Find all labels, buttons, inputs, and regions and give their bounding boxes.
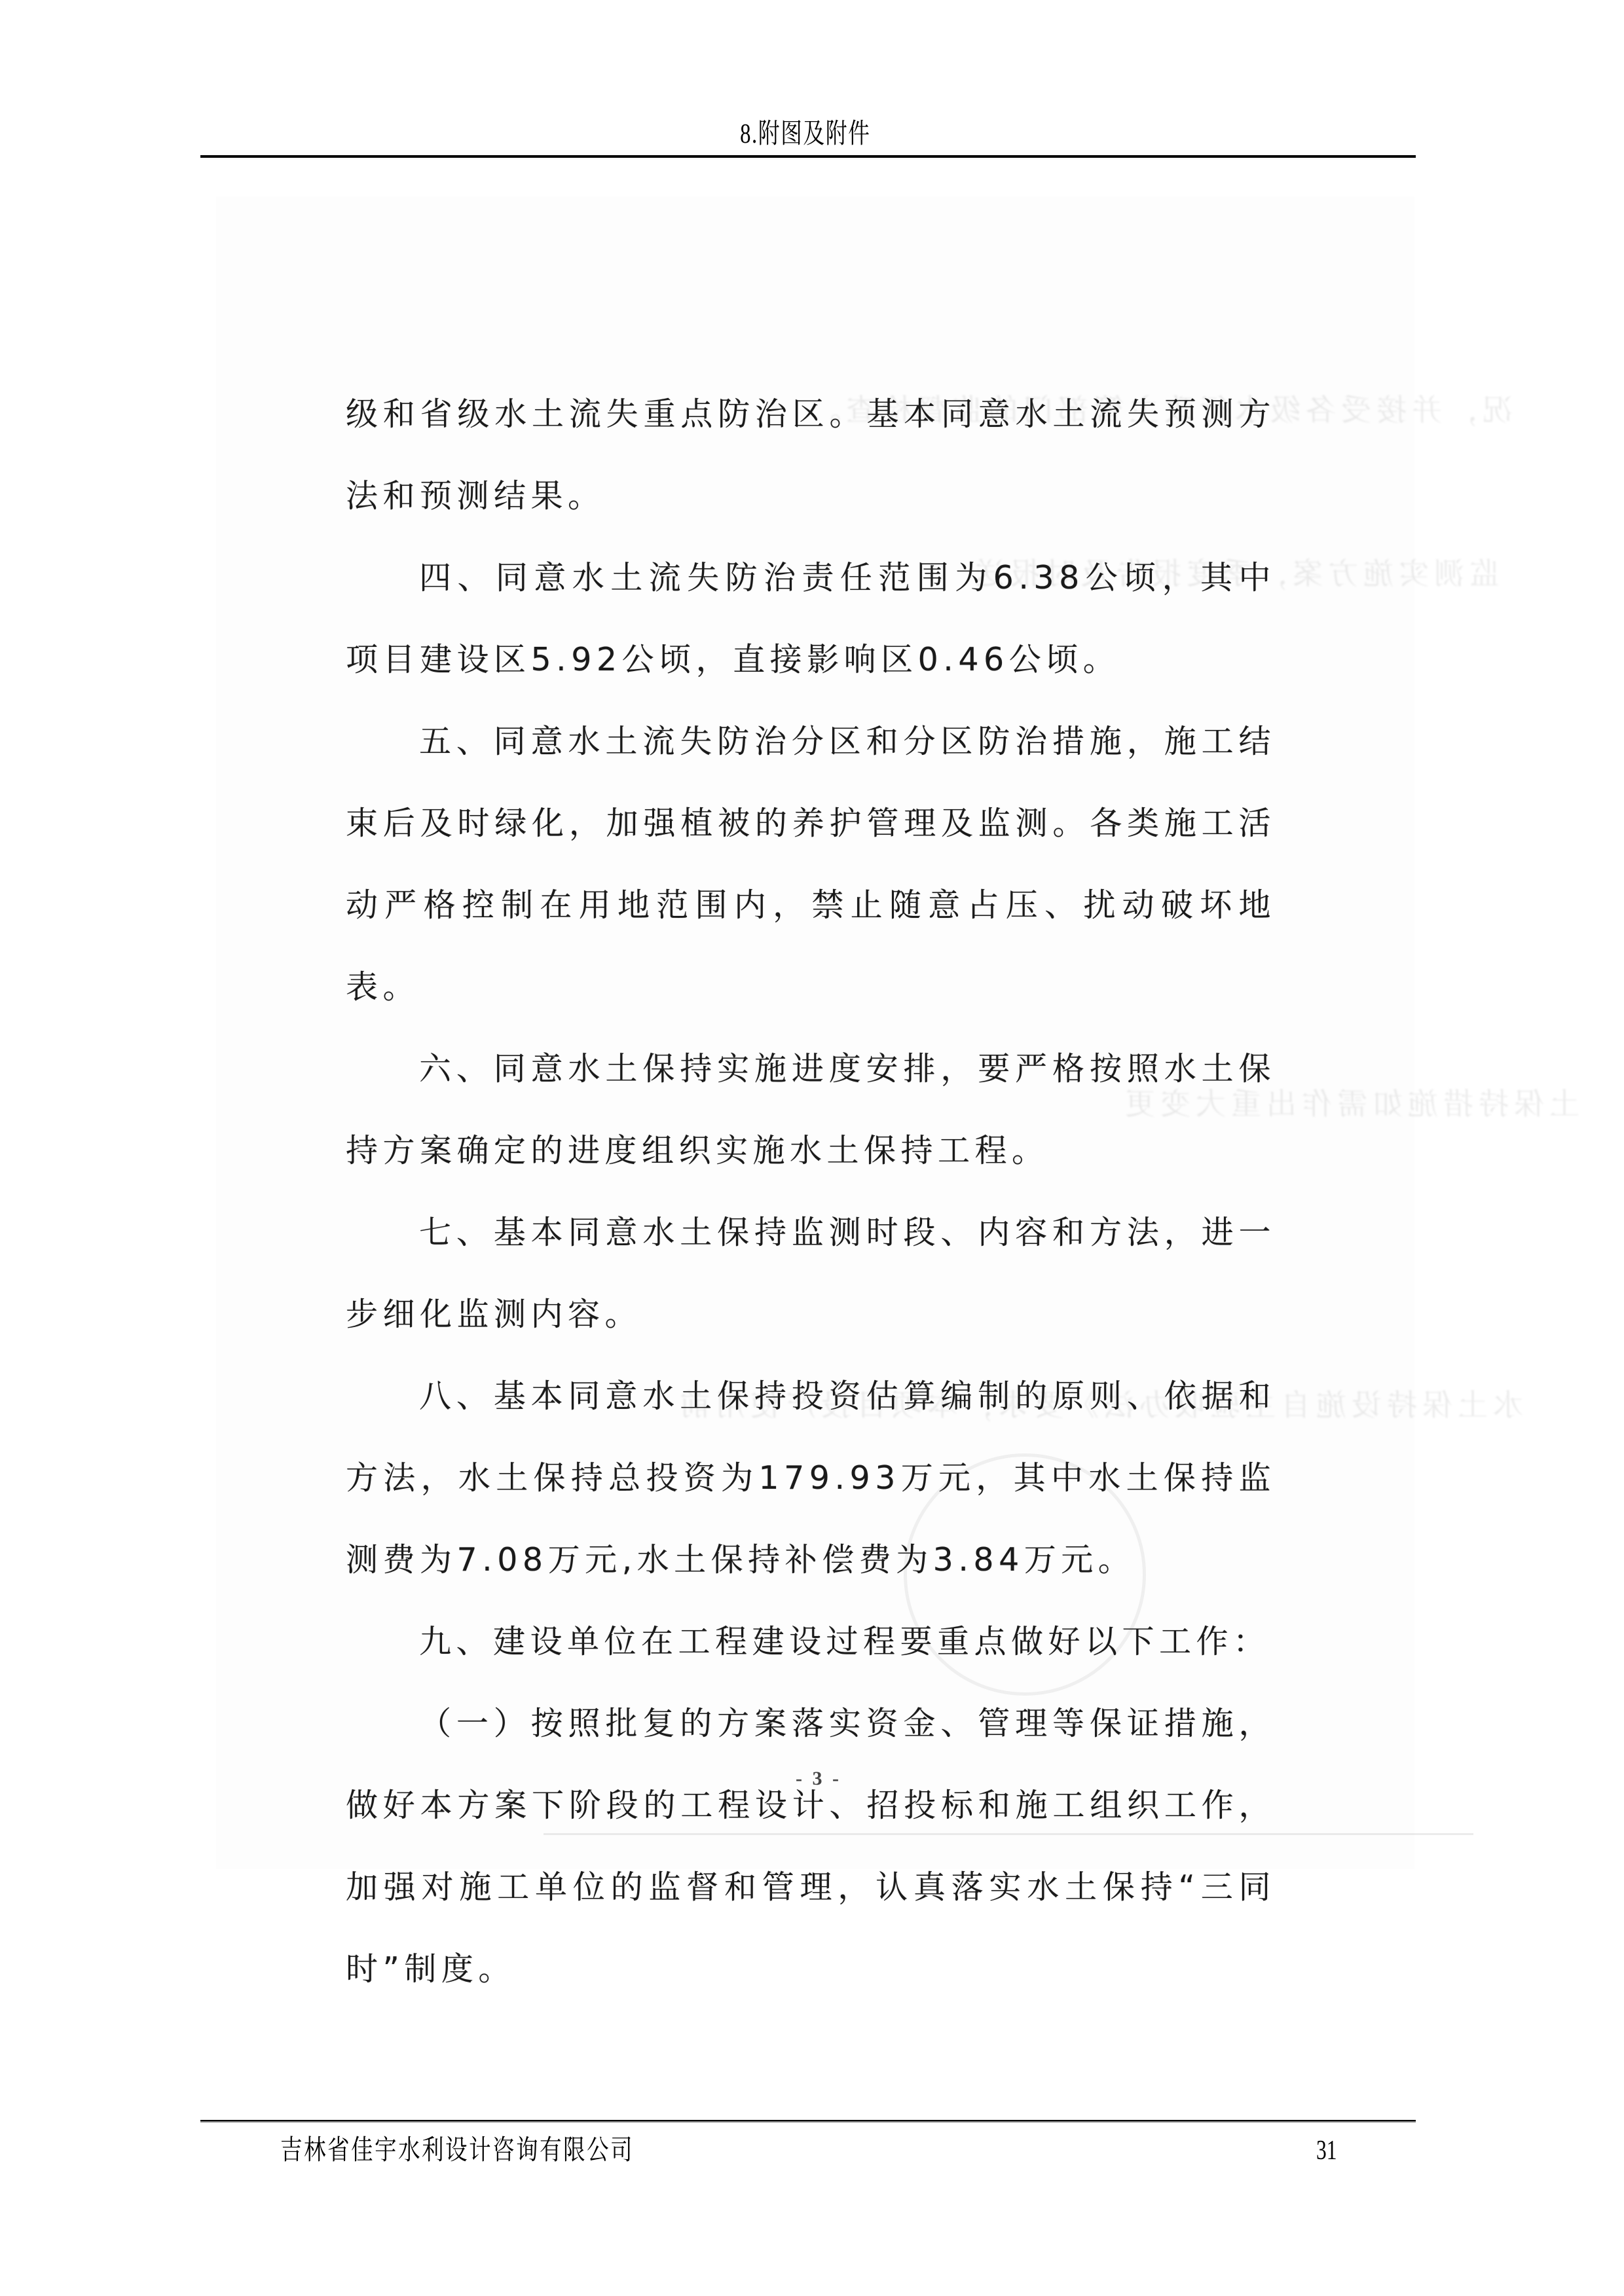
header-divider [200, 155, 1416, 158]
footer-company-name: 吉林省佳宇水利设计咨询有限公司 [280, 2131, 634, 2170]
paragraph-monitoring: 七、基本同意水土保持监测时段、内容和方法，进一步细化监测内容。 [346, 1192, 1276, 1355]
paragraph-construction-duties: 九、建设单位在工程建设过程要重点做好以下工作： [346, 1601, 1276, 1683]
page-header: 8.附图及附件 [196, 111, 1414, 157]
scanned-page-number: - 3 - [720, 1768, 917, 1790]
paragraph-prediction-conclusion: 级和省级水土流失重点防治区。基本同意水土流失预测方法和预测结果。 [346, 373, 1276, 537]
paragraph-duty-1: （一）按照批复的方案落实资金、管理等保证措施，做好本方案下阶段的工程设计、招投标… [346, 1683, 1276, 2010]
paragraph-responsibility-area: 四、同意水土流失防治责任范围为6.38公顷，其中项目建设区5.92公顷，直接影响… [346, 537, 1276, 701]
paragraph-prevention-zoning: 五、同意水土流失防治分区和分区防治措施，施工结束后及时绿化，加强植被的养护管理及… [346, 701, 1276, 1028]
section-title: 8.附图及附件 [740, 111, 870, 157]
footer-page-number: 31 [1316, 2131, 1337, 2170]
footer-divider [200, 2120, 1416, 2121]
paragraph-investment-estimate: 八、基本同意水土保持投资估算编制的原则、依据和方法，水土保持总投资为179.93… [346, 1355, 1276, 1601]
document-body: 级和省级水土流失重点防治区。基本同意水土流失预测方法和预测结果。 四、同意水土流… [346, 373, 1276, 2010]
paragraph-implementation-schedule: 六、同意水土保持实施进度安排，要严格按照水土保持方案确定的进度组织实施水土保持工… [346, 1028, 1276, 1192]
